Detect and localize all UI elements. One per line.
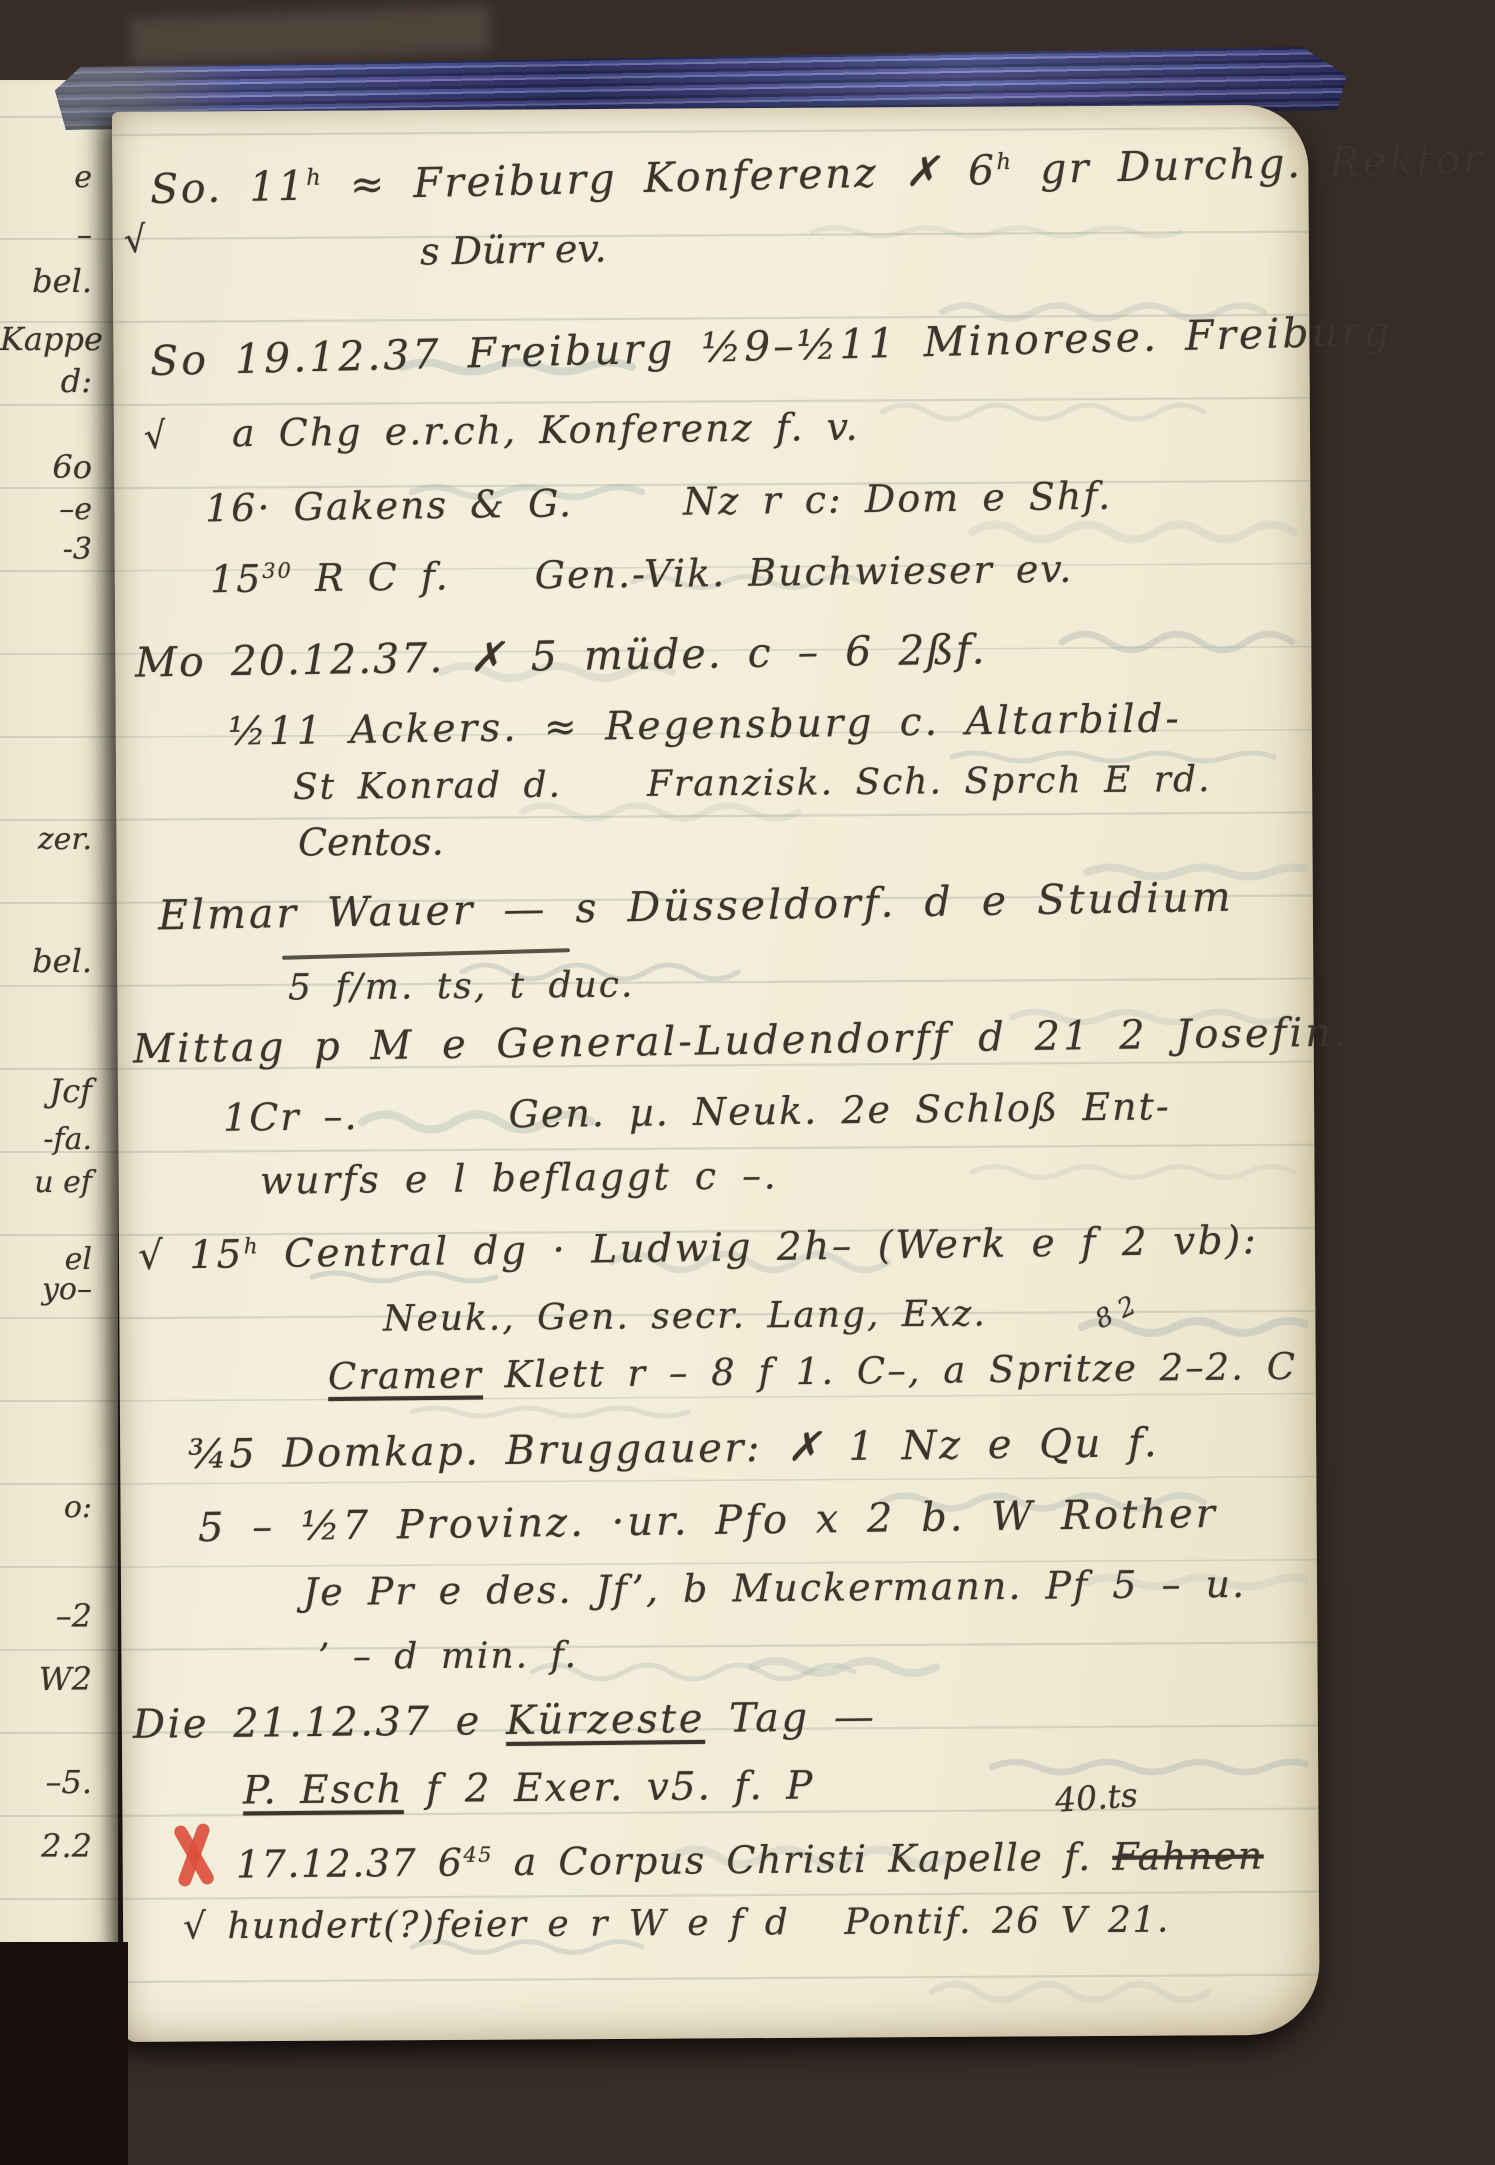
handwriting-segment: Je Pr e des. Jf’, b Muckermann. Pf 5 – u… [303,1562,1246,1614]
handwriting-line: 16· Gakens & G.Nz r c: Dom e Shf. [205,474,1113,531]
handwriting-line: Centos. [298,819,444,864]
handwriting-segment: 15 [210,557,263,602]
handwriting-segment: Fahnen [1112,1834,1264,1879]
handwriting-line: ’ – d min. f. [318,1635,578,1678]
handwriting-segment: Nz r c: Dom e Shf. [683,474,1113,524]
handwriting-line: Neuk., Gen. secr. Lang, Exz. [383,1293,987,1339]
handwriting-segment: ’ – d min. f. [318,1635,578,1678]
handwriting-line: 1530 R C f.Gen.-Vik. Buchwieser ev. [210,547,1074,602]
handwriting-line: a Chg e.r.ch, Konferenz f. v. [232,405,860,456]
handwriting-segment: 16· Gakens & G. [205,481,574,530]
handwriting-segment: f 2 Exer. v5. f. P [403,1764,814,1813]
handwriting-line: P. Esch f 2 Exer. v5. f. P [243,1764,815,1814]
handwriting-line: Je Pr e des. Jf’, b Muckermann. Pf 5 – u… [303,1562,1246,1614]
handwriting-line: Die 21.12.37 e Kürzeste Tag — [133,1694,877,1748]
handwriting-segment: Franzisk. Sch. Sprch E rd. [647,759,1212,805]
ink-underline [282,948,570,960]
handwriting-segment: h [996,149,1014,175]
handwriting-line: Mittag p M e General-Ludendorff d 21 2 J… [133,1010,1350,1073]
handwriting-line: √ 15h Central dg · Ludwig 2h– (Werk e f … [138,1218,1259,1279]
handwriting-segment: 5 – ½7 Provinz. ·ur. Pfo x 2 b. W Rother [198,1491,1218,1551]
handwriting-segment: St Konrad d. [293,765,562,808]
handwriting-segment: 45 [463,1843,493,1867]
handwriting-segment: √ 15 [138,1232,244,1278]
handwriting-segment: Neuk., Gen. secr. Lang, Exz. [383,1293,987,1339]
handwriting-line: Mo 20.12.37. ✗ 5 müde. c – 6 2ßf. [135,625,987,686]
handwriting-segment: Gen.-Vik. Buchwieser ev. [534,547,1073,598]
handwriting-line: √ hundert(?)feier e r W e f dPontif. 26 … [183,1900,1170,1948]
handwriting-segment: 30 [262,559,293,583]
handwriting-segment: wurfs e l beflaggt c –. [260,1153,779,1202]
handwriting-segment: gr Durchg. Rektor [1013,135,1485,194]
handwriting-segment: 5 f/m. ts, t duc. [288,964,635,1008]
handwriting-line: ½11 Ackers. ≈ Regensburg c. Altarbild- [228,696,1182,754]
handwriting-line: wurfs e l beflaggt c –. [260,1153,779,1202]
handwriting-line: Cramer Klett r – 8 f 1. C–, a Spritze 2–… [328,1345,1297,1398]
handwriting-segment: Central dg · Ludwig 2h– (Werk e f 2 vb): [260,1218,1259,1277]
handwriting-segment: ½11 Ackers. ≈ Regensburg c. Altarbild- [228,696,1182,754]
handwriting-segment: Centos. [298,819,444,864]
handwriting-segment: h [244,1234,261,1259]
handwriting-segment: Gen. µ. Neuk. 2e Schloß Ent- [508,1084,1171,1136]
handwriting-segment: So. 11 [150,162,307,214]
handwriting-line: So 19.12.37 Freiburg ½9–½11 Minorese. Fr… [150,307,1394,385]
margin-checkmark: √ [142,415,169,458]
handwriting-segment: Tag — [705,1694,877,1742]
handwriting-line: s Dürr ev. [420,226,607,273]
handwriting-line: 1Cr –.Gen. µ. Neuk. 2e Schloß Ent- [223,1084,1171,1140]
handwriting-segment: Pontif. 26 V 21. [844,1900,1170,1943]
handwriting-segment: R C f. [293,554,450,600]
handwriting-line: St Konrad d.Franzisk. Sch. Sprch E rd. [293,759,1212,808]
handwriting-segment: Kürzeste [506,1696,705,1744]
handwriting-segment: a Chg e.r.ch, Konferenz f. v. [232,405,860,456]
handwriting-segment: 1Cr –. [223,1094,359,1140]
handwriting-segment: s Dürr ev. [420,226,607,273]
handwriting-segment: Cramer [328,1353,483,1398]
handwriting-line: 17.12.37 645 a Corpus Christi Kapelle f.… [236,1834,1264,1887]
handwriting-line: 5 – ½7 Provinz. ·ur. Pfo x 2 b. W Rother [198,1491,1218,1551]
ink-layer: √ √ 8 2 40.ts So. 11h ≈ Freiburg Konfere… [0,0,1495,2165]
handwriting-segment: Die 21.12.37 e [133,1698,506,1748]
handwriting-segment: ¾5 Domkap. Bruggauer: ✗ 1 Nz e Qu f. [188,1420,1160,1478]
handwriting-segment: √ hundert(?)feier e r W e f d [183,1902,790,1947]
handwriting-segment: a Corpus Christi Kapelle f. [493,1835,1113,1884]
handwriting-segment: Mittag p M e General-Ludendorff d 21 2 J… [133,1010,1350,1073]
handwriting-line: So. 11h ≈ Freiburg Konferenz ✗ 6h gr Dur… [150,135,1486,213]
handwriting-segment: 17.12.37 6 [236,1840,464,1886]
handwriting-segment: h [306,165,324,191]
handwriting-segment: Elmar Wauer — s Düsseldorf. d e Studium [158,873,1234,940]
handwriting-line: ¾5 Domkap. Bruggauer: ✗ 1 Nz e Qu f. [188,1420,1160,1478]
margin-checkmark: √ [122,219,149,262]
notebook-photo: e–bel.Kapped:6o–e-3zer.bel.Jcf-fa.u efel… [0,0,1495,2165]
handwriting-segment: Mo 20.12.37. ✗ 5 müde. c – 6 2ßf. [135,625,987,686]
handwriting-line: Elmar Wauer — s Düsseldorf. d e Studium [158,873,1234,940]
margin-annotation: 8 2 [1091,1291,1141,1336]
handwriting-segment: ≈ Freiburg Konferenz ✗ 6 [323,146,997,209]
handwriting-segment: P. Esch [243,1767,404,1813]
handwriting-line: 5 f/m. ts, t duc. [288,964,635,1008]
handwriting-segment: Klett r – 8 f 1. C–, a Spritze 2–2. C [483,1345,1298,1397]
handwriting-segment: So 19.12.37 Freiburg ½9–½11 Minorese. Fr… [150,307,1394,385]
red-x-mark [164,1820,224,1890]
margin-annotation-amount: 40.ts [1054,1775,1139,1820]
